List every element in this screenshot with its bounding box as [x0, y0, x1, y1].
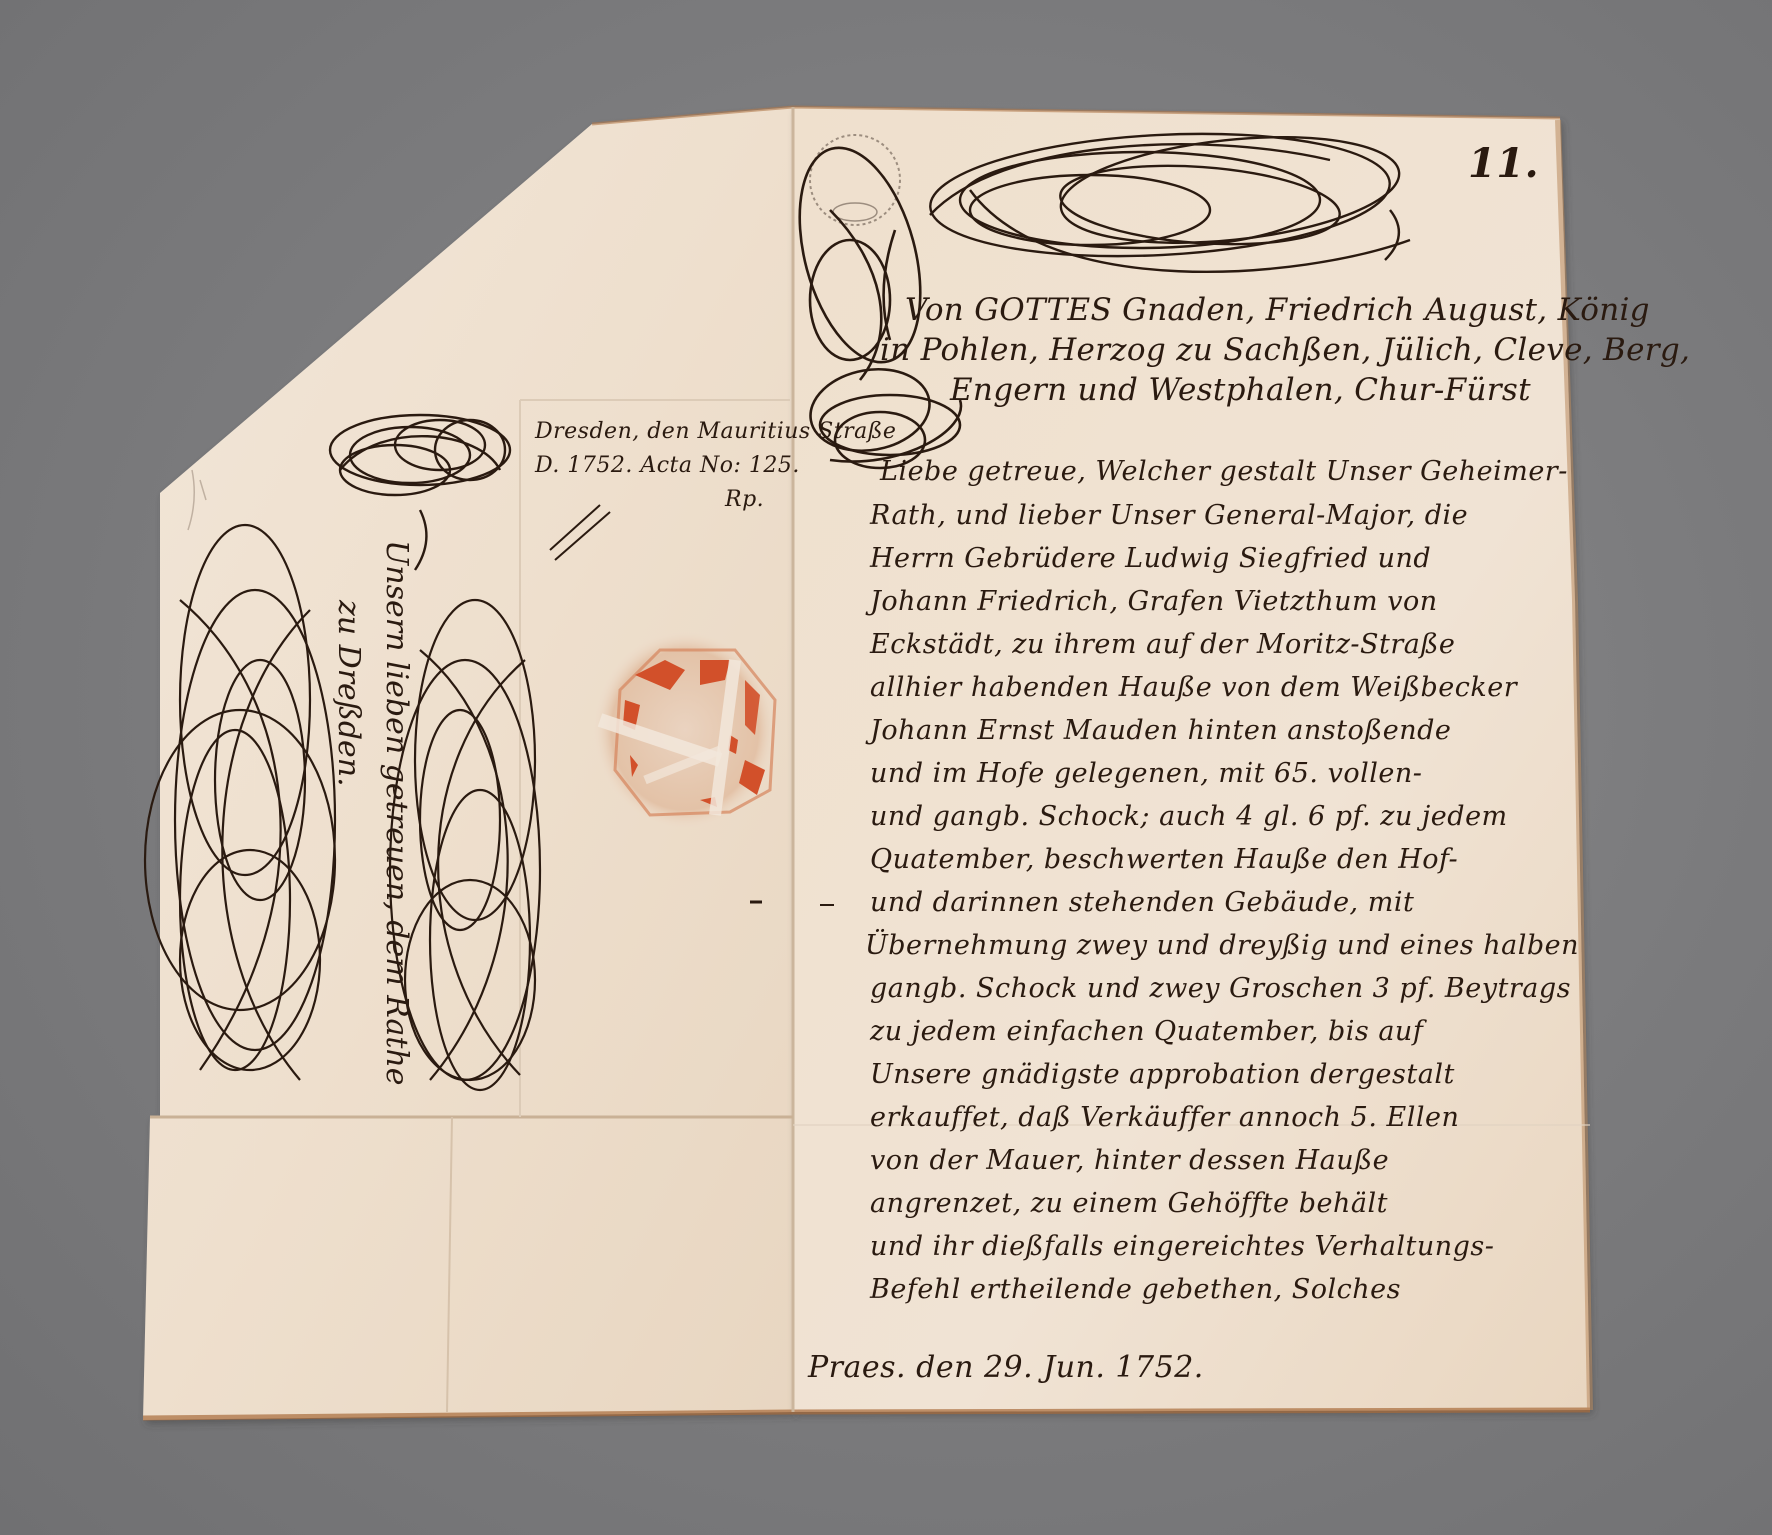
docket-line-3: Rp. — [725, 483, 764, 517]
body-line: und im Hofe gelegenen, mit 65. vollen- — [870, 752, 1422, 796]
body-line: erkauffet, daß Verkäuffer annoch 5. Elle… — [870, 1096, 1459, 1140]
body-line: Übernehmung zwey und dreyßig und eines h… — [865, 924, 1579, 968]
heading-line-1: Von GOTTES Gnaden, Friedrich August, Kön… — [905, 292, 1650, 328]
body-line: gangb. Schock und zwey Groschen 3 pf. Be… — [870, 967, 1571, 1011]
body-line: Johann Ernst Mauden hinten anstoßende — [870, 709, 1451, 753]
body-line: und ihr dießfalls eingereichtes Verhaltu… — [870, 1225, 1494, 1269]
body-line: allhier habenden Hauße von dem Weißbecke… — [870, 666, 1517, 710]
page-number: 11. — [1468, 140, 1539, 187]
body-line: und gangb. Schock; auch 4 gl. 6 pf. zu j… — [870, 795, 1508, 839]
body-line: Eckstädt, zu ihrem auf der Moritz-Straße — [870, 623, 1455, 667]
document-photo: 11. Von GOTTES Gnaden, Friedrich August,… — [0, 0, 1772, 1535]
wax-seal-remnant — [593, 630, 777, 830]
docket-line-1: Dresden, den Mauritius Straße — [535, 415, 896, 449]
heading-line-3: Engern und Westphalen, Chur-Fürst — [950, 372, 1531, 408]
body-line: Rath, und lieber Unser General-Major, di… — [870, 494, 1468, 538]
address-line-1: Unsern lieben getreuen, dem Rathe — [372, 540, 420, 1086]
body-line: Johann Friedrich, Grafen Vietzthum von — [870, 580, 1438, 624]
body-line: Befehl ertheilende gebethen, Solches — [870, 1268, 1401, 1312]
docket-line-2: D. 1752. Acta No: 125. — [535, 449, 800, 483]
address-line-2: zu Dreßden. — [324, 600, 372, 787]
body-line: zu jedem einfachen Quatember, bis auf — [870, 1010, 1423, 1054]
body-line: Quatember, beschwerten Hauße den Hof- — [870, 838, 1458, 882]
heading-line-2: in Pohlen, Herzog zu Sachßen, Jülich, Cl… — [880, 332, 1690, 368]
body-line: und darinnen stehenden Gebäude, mit — [870, 881, 1414, 925]
body-line: Herrn Gebrüdere Ludwig Siegfried und — [870, 537, 1431, 581]
body-line: Liebe getreue, Welcher gestalt Unser Geh… — [880, 450, 1568, 494]
body-line: Unsere gnädigste approbation dergestalt — [870, 1053, 1455, 1097]
receipt-date: Praes. den 29. Jun. 1752. — [808, 1350, 1204, 1385]
body-line: von der Mauer, hinter dessen Hauße — [870, 1139, 1389, 1183]
body-line: angrenzet, zu einem Gehöffte behält — [870, 1182, 1388, 1226]
